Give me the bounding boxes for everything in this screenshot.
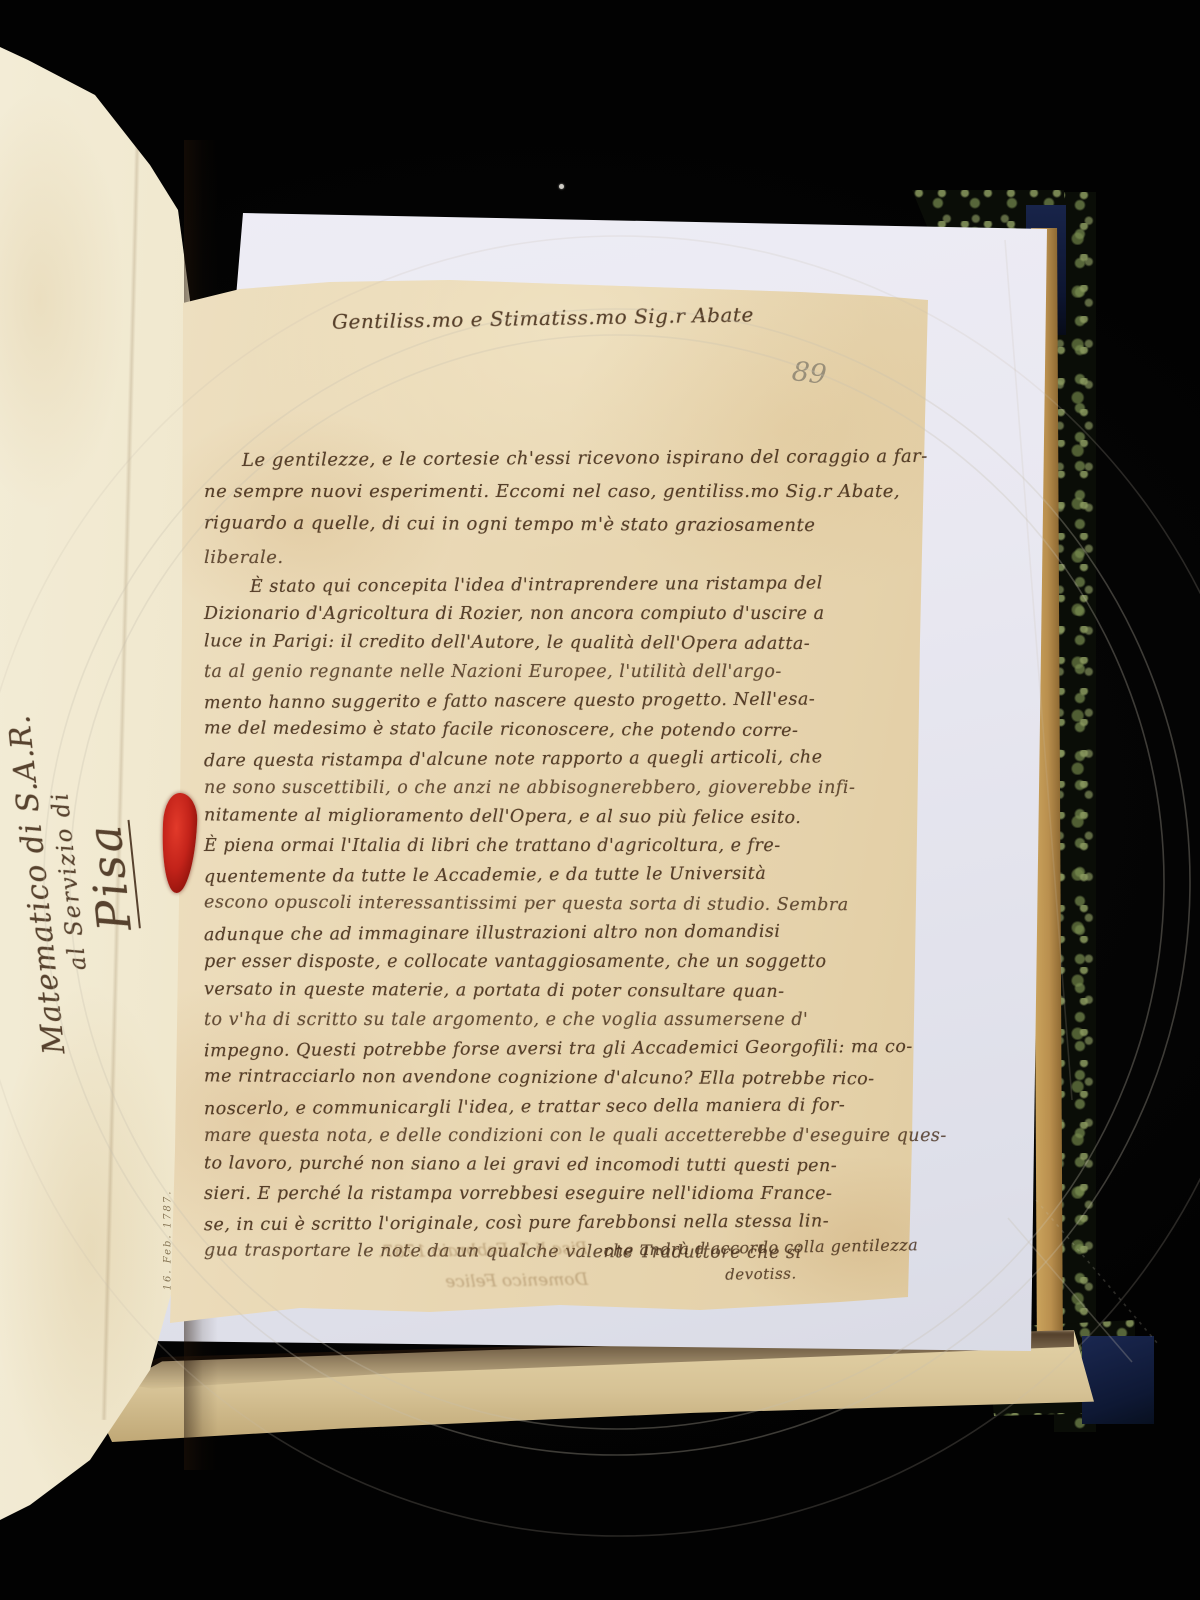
bleedthrough-line: Domenico Felice xyxy=(218,1270,588,1307)
script-line: quentemente da tutte le Accademie, e da … xyxy=(204,863,934,896)
folio-number-pencil: 89 xyxy=(790,356,828,391)
closing-line: devotiss. xyxy=(596,1262,926,1295)
script-line: me del medesimo è stato facile riconosce… xyxy=(204,718,934,750)
script-line: Le gentilezze, e le cortesie ch'essi ric… xyxy=(204,446,924,483)
script-line: per esser disposte, e collocate vantaggi… xyxy=(204,952,934,981)
script-line: Dizionario d'Agricoltura di Rozier, non … xyxy=(204,604,934,633)
script-line: versato in queste materie, a portata di … xyxy=(204,979,934,1011)
photo-stage: Matematico di S.A.R.al Servizio diPisa 1… xyxy=(0,0,1200,1600)
script-line: mento hanno suggerito e fatto nascere qu… xyxy=(204,689,934,722)
script-line: adunque che ad immaginare illustrazioni … xyxy=(204,921,934,954)
script-line: dare questa ristampa d'alcune note rappo… xyxy=(204,747,934,780)
script-line: escono opuscoli interessantissimi per qu… xyxy=(204,892,934,924)
script-line: impegno. Questi potrebbe forse aversi tr… xyxy=(204,1037,934,1070)
script-line: ne sono suscettibili, o che anzi ne abbi… xyxy=(204,778,934,807)
script-line: È piena ormai l'Italia di libri che trat… xyxy=(204,836,934,865)
script-line: ne sempre nuovi esperimenti. Eccomi nel … xyxy=(204,481,924,514)
script-line: ta al genio regnante nelle Nazioni Europ… xyxy=(204,662,934,691)
closing-block: che andrà d'accordo colla gentilezzadevo… xyxy=(596,1238,926,1292)
script-line: to lavoro, purché non siano a lei gravi … xyxy=(204,1153,934,1185)
script-line: luce in Parigi: il credito dell'Autore, … xyxy=(204,631,934,663)
script-line: to v'ha di scritto su tale argomento, e … xyxy=(204,1010,934,1039)
paragraph-1: Le gentilezze, e le cortesie ch'essi ric… xyxy=(204,448,924,580)
script-line: È stato qui concepita l'idea d'intrapren… xyxy=(204,573,934,606)
script-line: nitamente al miglioramento dell'Opera, e… xyxy=(204,805,934,837)
ink-bleedthrough: Pisa li 7. Febbraio 1787.Domenico Felice xyxy=(217,1239,588,1307)
script-line: mare questa nota, e delle condizioni con… xyxy=(204,1126,934,1155)
paragraph-2: È stato qui concepita l'idea d'intrapren… xyxy=(204,575,934,1271)
script-line: sieri. E perché la ristampa vorrebbesi e… xyxy=(204,1184,934,1213)
script-line: noscerlo, e communicargli l'idea, e trat… xyxy=(204,1095,934,1128)
cover-cloth-bottom xyxy=(1082,1336,1154,1424)
dust-speck xyxy=(559,184,564,189)
script-line: riguardo a quelle, di cui in ogni tempo … xyxy=(204,512,924,548)
script-line: me rintracciarlo non avendone cognizione… xyxy=(204,1066,934,1098)
